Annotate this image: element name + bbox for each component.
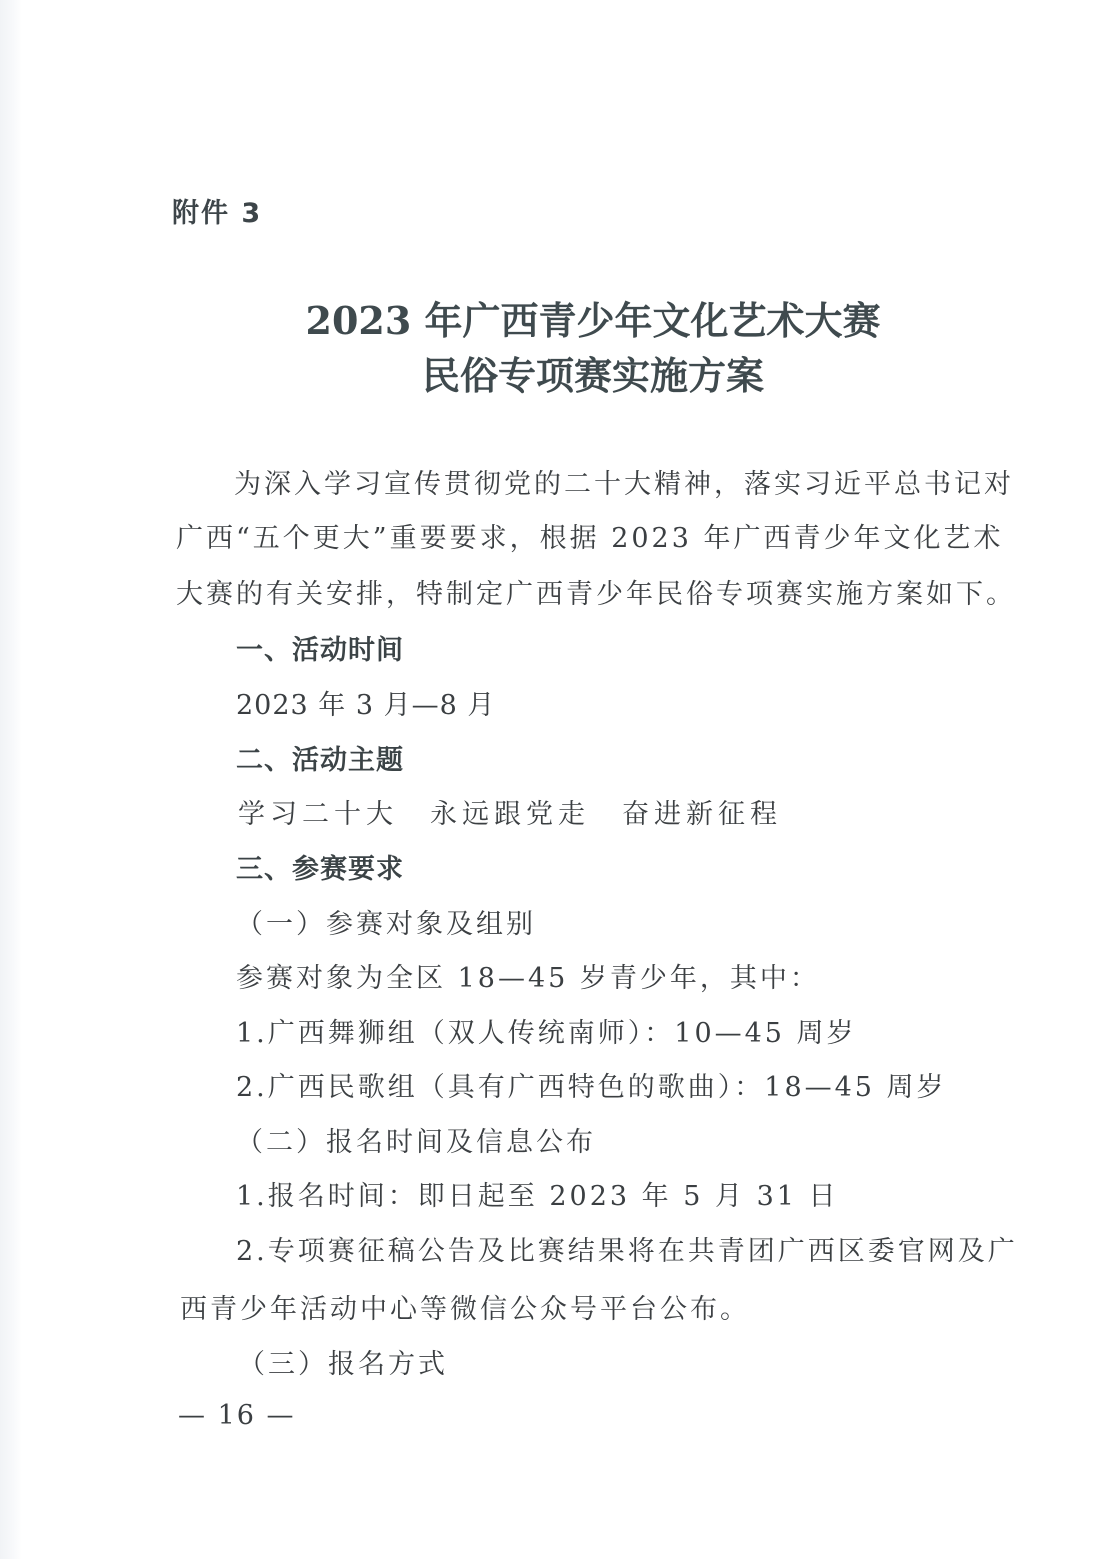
page-number: — 16 — — [178, 1400, 296, 1431]
activity-time-value: 2023 年 3 月—8 月 — [236, 683, 495, 722]
intro-paragraph-line-3: 大赛的有关安排，特制定广西青少年民俗专项赛实施方案如下。 — [176, 572, 1016, 611]
document-title-line-2: 民俗专项赛实施方案 — [42, 345, 1102, 400]
subsection-heading-registration-time: （二）报名时间及信息公布 — [236, 1120, 596, 1159]
document-title-line-1: 2023 年广西青少年文化艺术大赛 — [42, 290, 1102, 345]
registration-line-3: 西青少年活动中心等微信公众号平台公布。 — [180, 1287, 750, 1326]
participants-line-1: 参赛对象为全区 18—45 岁青少年，其中： — [236, 956, 820, 995]
section-heading-requirements: 三、参赛要求 — [236, 847, 404, 886]
scan-edge-shadow — [0, 0, 22, 1559]
registration-line-1: 1.报名时间：即日起至 2023 年 5 月 31 日 — [236, 1174, 839, 1213]
attachment-label: 附件 3 — [172, 191, 262, 230]
intro-paragraph-line-2: 广西“五个更大”重要要求，根据 2023 年广西青少年文化艺术 — [176, 516, 1003, 555]
participants-line-2: 1.广西舞狮组（双人传统南师）：10—45 周岁 — [236, 1011, 857, 1050]
section-heading-activity-time: 一、活动时间 — [236, 628, 404, 667]
registration-line-2: 2.专项赛征稿公告及比赛结果将在共青团广西区委官网及广 — [236, 1229, 1018, 1268]
section-heading-activity-theme: 二、活动主题 — [236, 738, 404, 777]
participants-line-3: 2.广西民歌组（具有广西特色的歌曲）：18—45 周岁 — [236, 1065, 947, 1104]
subsection-heading-participants: （一）参赛对象及组别 — [236, 902, 536, 941]
activity-theme-value: 学习二十大 永远跟党走 奋进新征程 — [238, 792, 782, 831]
intro-paragraph-line-1: 为深入学习宣传贯彻党的二十大精神，落实习近平总书记对 — [234, 462, 1014, 501]
subsection-heading-registration-method: （三）报名方式 — [238, 1342, 448, 1381]
